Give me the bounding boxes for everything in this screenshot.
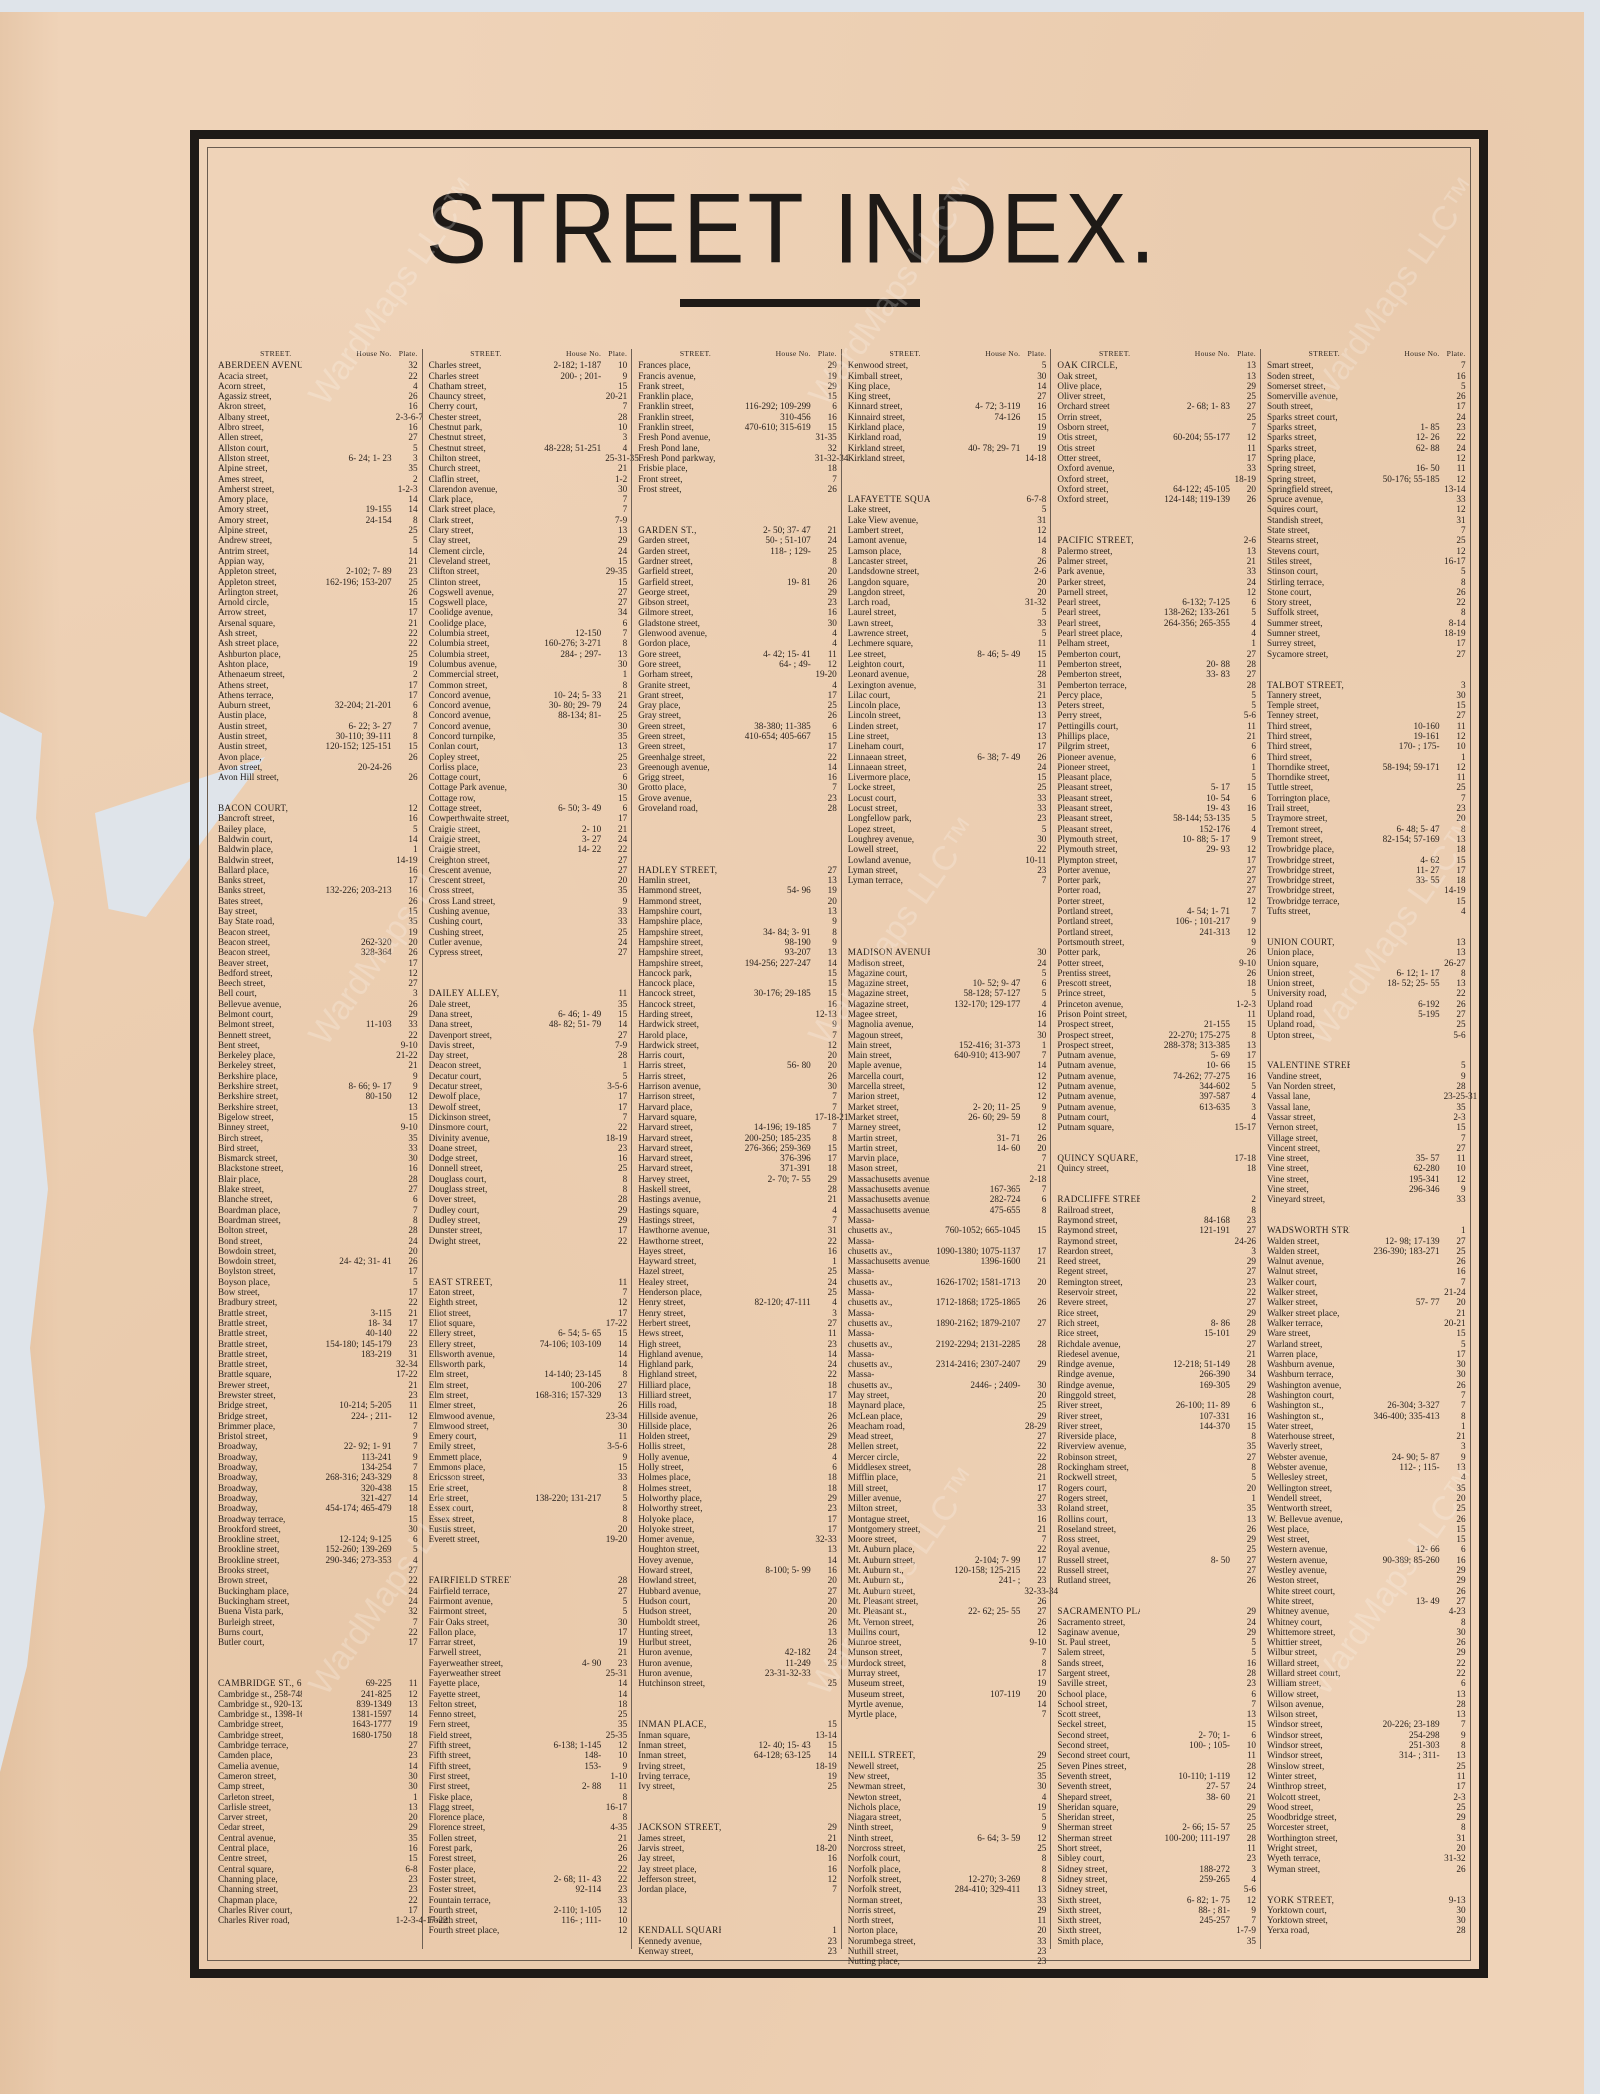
street-name: Field street,: [429, 1730, 512, 1740]
street-name: [429, 1565, 512, 1575]
house-numbers: [721, 474, 815, 484]
plate-number: 8: [605, 1483, 627, 1493]
house-numbers: 116- ; 111-: [511, 1915, 605, 1925]
house-numbers: [930, 1431, 1024, 1441]
street-name: Washington avenue,: [1267, 1380, 1350, 1390]
street-name: Houghton street,: [638, 1544, 721, 1554]
house-numbers: 56- 80: [721, 1060, 815, 1070]
plate-number: 31: [1024, 515, 1046, 525]
index-row: Rindge avenue,266-39034: [1057, 1369, 1256, 1379]
plate-number: 8: [396, 731, 418, 741]
index-row: St. Paul street,5: [1057, 1637, 1256, 1647]
index-row: Bridge street,224- ; 211-12: [218, 1411, 418, 1421]
street-name: Dudley court,: [429, 1205, 512, 1215]
street-name: Athens terrace,: [218, 690, 302, 700]
house-numbers: [302, 1853, 396, 1863]
plate-number: 4: [1234, 824, 1256, 834]
house-numbers: [930, 1483, 1024, 1493]
plate-number: 28: [1234, 1668, 1256, 1678]
index-row: Walnut street,16: [1267, 1266, 1466, 1276]
street-name: Linnaean street,: [848, 762, 931, 772]
house-numbers: 124-148; 119-139: [1140, 494, 1234, 504]
plate-number: 17: [396, 1905, 418, 1915]
index-row: Myrtle place,7: [848, 1709, 1047, 1719]
street-name: Porter avenue,: [1057, 865, 1140, 875]
plate-number: 24: [815, 1277, 837, 1287]
index-row: Oxford street,64-122; 45-10520: [1057, 484, 1256, 494]
plate-number: 13: [1024, 1884, 1046, 1894]
index-row: Magoun street,30: [848, 1030, 1047, 1040]
street-name: Farrar street,: [429, 1637, 512, 1647]
house-numbers: [511, 1647, 605, 1657]
house-numbers: [721, 834, 815, 844]
street-name: Palmer street,: [1057, 556, 1140, 566]
house-numbers: [511, 1400, 605, 1410]
plate-number: [1444, 669, 1466, 679]
index-row: Sargent street,28: [1057, 1668, 1256, 1678]
street-name: Hazel street,: [638, 1266, 721, 1276]
index-row: Divinity avenue,18-19: [429, 1133, 628, 1143]
street-name: Huron avenue,: [638, 1647, 721, 1657]
index-row: Bridge street,10-214; 5-20511: [218, 1400, 418, 1410]
plate-number: 10: [605, 422, 627, 432]
street-name: [848, 927, 931, 937]
plate-number: 8: [815, 556, 837, 566]
house-numbers: [930, 1822, 1024, 1832]
plate-number: 20: [396, 1812, 418, 1822]
house-numbers: [721, 1781, 815, 1791]
house-numbers: 1643-1777: [302, 1719, 396, 1729]
index-row: Spring street,16- 5011: [1267, 463, 1466, 473]
house-numbers: [1350, 690, 1444, 700]
plate-number: 11: [1444, 721, 1466, 731]
index-row: Dudley court,29: [429, 1205, 628, 1215]
house-numbers: [721, 762, 815, 772]
house-numbers: [511, 762, 605, 772]
index-row: Massa-: [848, 1266, 1047, 1276]
index-row: Ware street,15: [1267, 1328, 1466, 1338]
house-numbers: [930, 1030, 1024, 1040]
index-row: [638, 844, 837, 854]
index-row: Norman street,33: [848, 1895, 1047, 1905]
index-row: Dale street,35: [429, 999, 628, 1009]
street-name: Plympton street,: [1057, 855, 1140, 865]
index-row: [429, 1565, 628, 1575]
house-numbers: [302, 875, 396, 885]
street-name: Martin street,: [848, 1143, 931, 1153]
house-numbers: [1350, 669, 1444, 679]
house-numbers: [302, 1040, 396, 1050]
house-numbers: [302, 1761, 396, 1771]
street-name: Dana street,: [429, 1009, 512, 1019]
house-numbers: [511, 1627, 605, 1637]
plate-number: 20: [815, 1060, 837, 1070]
index-row: Belmont street,11-10333: [218, 1019, 418, 1029]
house-numbers: [302, 1647, 396, 1657]
plate-number: 16: [815, 412, 837, 422]
house-numbers: [302, 360, 396, 370]
street-name: Russell street,: [1057, 1555, 1140, 1565]
index-row: Brookford street,30: [218, 1524, 418, 1534]
house-numbers: 10- 66: [1140, 1060, 1234, 1070]
plate-number: [605, 978, 627, 988]
index-row: chusetts av.,760-1052; 665-104515: [848, 1225, 1047, 1235]
plate-number: [1024, 463, 1046, 473]
street-name: Brattle street,: [218, 1339, 302, 1349]
street-name: GARDEN ST.,: [638, 525, 721, 535]
index-row: Pleasant place,5: [1057, 772, 1256, 782]
plate-number: 20: [1024, 1689, 1046, 1699]
house-numbers: 1090-1380; 1075-1137: [930, 1246, 1024, 1256]
street-name: Granite street,: [638, 680, 721, 690]
street-name: Harris street,: [638, 1060, 721, 1070]
plate-number: 11: [815, 649, 837, 659]
plate-number: 27: [815, 1586, 837, 1596]
street-name: Magazine street,: [848, 988, 931, 998]
index-row: Locust court,33: [848, 793, 1047, 803]
house-numbers: 10- 52; 9- 47: [930, 978, 1024, 988]
index-row: Broadway,320-43815: [218, 1483, 418, 1493]
house-numbers: 2- 20; 11- 25: [930, 1102, 1024, 1112]
street-name: Holworthy street,: [638, 1503, 721, 1513]
street-name: Martin street,: [848, 1133, 931, 1143]
plate-number: 12: [1024, 1833, 1046, 1843]
street-name: Massa-: [848, 1215, 931, 1225]
plate-number: 29: [815, 1493, 837, 1503]
plate-number: 29: [815, 1174, 837, 1184]
index-row: Wilson avenue,28: [1267, 1699, 1466, 1709]
index-row: Stearns street,25: [1267, 535, 1466, 545]
index-row: Massa-: [848, 1287, 1047, 1297]
index-row: Amherst street,1-2-3: [218, 484, 418, 494]
plate-number: 12: [396, 1411, 418, 1421]
house-numbers: [721, 1853, 815, 1863]
house-numbers: [930, 1709, 1024, 1719]
house-numbers: [1350, 381, 1444, 391]
plate-number: 7: [396, 1441, 418, 1451]
street-name: Hamlin street,: [638, 875, 721, 885]
street-name: Third street,: [1267, 752, 1350, 762]
street-name: [1057, 1586, 1140, 1596]
plate-number: 21: [1234, 1349, 1256, 1359]
index-row: Bancroft street,16: [218, 813, 418, 823]
street-name: Pettingills court,: [1057, 721, 1140, 731]
index-row: Douglass street,8: [429, 1184, 628, 1194]
street-name: Irving terrace,: [638, 1771, 721, 1781]
street-name: Wyman street,: [1267, 1864, 1350, 1874]
index-row: Norfolk street,284-410; 329-41113: [848, 1884, 1047, 1894]
plate-number: 35: [605, 1719, 627, 1729]
plate-number: 11: [1234, 1843, 1256, 1853]
street-name: Blake street,: [218, 1184, 302, 1194]
plate-number: 35: [605, 999, 627, 1009]
house-numbers: [302, 927, 396, 937]
street-name: [848, 1740, 931, 1750]
plate-number: 27: [605, 1380, 627, 1390]
plate-number: 14: [605, 1359, 627, 1369]
street-name: Whitney avenue,: [1267, 1606, 1350, 1616]
index-row: Massa-: [848, 1349, 1047, 1359]
house-numbers: [721, 1483, 815, 1493]
index-row: Ellery street,6- 54; 5- 6515: [429, 1328, 628, 1338]
house-numbers: [930, 1915, 1024, 1925]
plate-number: 14: [605, 1678, 627, 1688]
index-row: Webster avenue,24- 90; 5- 879: [1267, 1452, 1466, 1462]
index-row: Mercer circle,22: [848, 1452, 1047, 1462]
house-numbers: [930, 1843, 1024, 1853]
street-name: Eaton street,: [429, 1287, 512, 1297]
index-row: Perry street,5-6: [1057, 710, 1256, 720]
street-name: William street,: [1267, 1678, 1350, 1688]
plate-number: 16: [396, 865, 418, 875]
plate-number: 15: [1234, 1019, 1256, 1029]
house-numbers: [1350, 1380, 1444, 1390]
index-row: Lopez street,5: [848, 824, 1047, 834]
index-row: Fourth street,2-110; 1-10512: [429, 1905, 628, 1915]
street-name: Alpine street,: [218, 463, 302, 473]
house-numbers: 1890-2162; 1879-2107: [930, 1318, 1024, 1328]
house-numbers: [1350, 1493, 1444, 1503]
plate-number: 15: [396, 741, 418, 751]
street-name: Bowdoin street,: [218, 1256, 302, 1266]
column-header-street: STREET.: [429, 349, 544, 359]
house-numbers: [930, 803, 1024, 813]
index-row: [1057, 504, 1256, 514]
plate-number: 17: [396, 1287, 418, 1297]
street-name: Ash street,: [218, 628, 302, 638]
house-numbers: [511, 1163, 605, 1173]
plate-number: 6: [396, 700, 418, 710]
street-name: [1267, 659, 1350, 669]
index-row: Lee street,8- 46; 5- 4915: [848, 649, 1047, 659]
index-row: Second street,2- 70; 1-6: [1057, 1730, 1256, 1740]
index-row: Mt. Auburn street,32-33-34: [848, 1586, 1047, 1596]
plate-number: 23: [605, 762, 627, 772]
street-name: Trowbridge terrace,: [1267, 896, 1350, 906]
index-row: Norfolk street,12-270; 3-2698: [848, 1874, 1047, 1884]
index-row: Lawrence street,5: [848, 628, 1047, 638]
index-row: Grotto place,7: [638, 782, 837, 792]
plate-number: 30: [1024, 371, 1046, 381]
plate-number: [605, 1555, 627, 1565]
index-row: Magnolia avenue,14: [848, 1019, 1047, 1029]
house-numbers: 284-410; 329-411: [930, 1884, 1024, 1894]
house-numbers: [1350, 628, 1444, 638]
house-numbers: [1350, 618, 1444, 628]
plate-number: 1-2: [605, 474, 627, 484]
house-numbers: 290-346; 273-353: [302, 1555, 396, 1565]
street-name: Columbia street,: [429, 638, 512, 648]
street-name: Trowbridge street,: [1267, 885, 1350, 895]
plate-number: 15: [605, 556, 627, 566]
house-numbers: 112- ; 115-: [1350, 1462, 1444, 1472]
plate-number: 21-24: [1444, 1287, 1466, 1297]
house-numbers: [302, 649, 396, 659]
column-header-plate: Plate.: [1020, 349, 1046, 359]
plate-number: 15: [605, 381, 627, 391]
index-row: Hilliard street,17: [638, 1390, 837, 1400]
index-row: Third street,170- ; 175-10: [1267, 741, 1466, 751]
plate-number: 17: [815, 741, 837, 751]
street-name: [429, 1544, 512, 1554]
plate-number: 27: [1024, 1606, 1046, 1616]
plate-number: 26: [815, 1637, 837, 1647]
street-name: Austin street,: [218, 721, 302, 731]
index-row: Groveland road,28: [638, 803, 837, 813]
street-name: Stevens court,: [1267, 546, 1350, 556]
street-name: Nuthill street,: [848, 1946, 931, 1956]
index-row: George street,29: [638, 587, 837, 597]
plate-number: 16: [815, 1565, 837, 1575]
house-numbers: [1140, 978, 1234, 988]
house-numbers: [302, 1225, 396, 1235]
plate-number: 14: [815, 1349, 837, 1359]
plate-number: 30: [605, 782, 627, 792]
plate-number: 32-33: [815, 1534, 837, 1544]
plate-number: 22: [815, 1369, 837, 1379]
plate-number: 8: [1024, 1864, 1046, 1874]
index-row: [1267, 669, 1466, 679]
house-numbers: [1140, 875, 1234, 885]
house-numbers: 32-204; 21-201: [302, 700, 396, 710]
house-numbers: [1350, 1102, 1444, 1112]
plate-number: 32-33-34: [1024, 1586, 1046, 1596]
plate-number: 22: [1024, 1544, 1046, 1554]
section-heading-row: TALBOT STREET,3: [1267, 680, 1466, 690]
street-name: Brattle street,: [218, 1349, 302, 1359]
plate-number: 27: [1234, 865, 1256, 875]
index-row: Russell street,8- 5027: [1057, 1555, 1256, 1565]
street-name: MADISON AVENUE,: [848, 947, 931, 957]
street-name: Charles River court,: [218, 1905, 302, 1915]
street-name: Quincy street,: [1057, 1163, 1140, 1173]
house-numbers: [302, 422, 396, 432]
plate-number: 26: [396, 1256, 418, 1266]
plate-number: [1024, 1236, 1046, 1246]
index-row: Bismarck street,30: [218, 1153, 418, 1163]
index-row: Fifth street,148-10: [429, 1750, 628, 1760]
plate-number: 3: [815, 1308, 837, 1318]
index-column-1: STREET.House No.Plate.ABERDEEN AVENUE,32…: [212, 349, 422, 1949]
plate-number: 5: [1234, 813, 1256, 823]
house-numbers: [930, 793, 1024, 803]
house-numbers: [511, 556, 605, 566]
street-name: Somerville avenue,: [1267, 391, 1350, 401]
house-numbers: [930, 721, 1024, 731]
house-numbers: [1140, 855, 1234, 865]
plate-number: 13: [815, 1627, 837, 1637]
index-row: Church street,21: [429, 463, 628, 473]
index-row: Front street,7: [638, 474, 837, 484]
street-name: Gordon place,: [638, 638, 721, 648]
street-name: Windsor street,: [1267, 1730, 1350, 1740]
index-row: [848, 937, 1047, 947]
street-name: Whittemore street,: [1267, 1627, 1350, 1637]
street-name: Union street,: [1267, 978, 1350, 988]
house-numbers: [1350, 1133, 1444, 1143]
plate-number: 5: [1024, 628, 1046, 638]
street-name: Dwight street,: [429, 1236, 512, 1246]
index-row: Franklin street,470-610; 315-61915: [638, 422, 837, 432]
house-numbers: [930, 607, 1024, 617]
house-numbers: 397-587: [1140, 1091, 1234, 1101]
street-name: Trowbridge street,: [1267, 855, 1350, 865]
house-numbers: 6- 54; 5- 65: [511, 1328, 605, 1338]
street-name: [218, 1647, 302, 1657]
house-numbers: [302, 1884, 396, 1894]
plate-number: 25-35: [605, 1730, 627, 1740]
house-numbers: [930, 1534, 1024, 1544]
plate-number: [1234, 1596, 1256, 1606]
index-row: Highland park,24: [638, 1359, 837, 1369]
plate-number: 4: [815, 638, 837, 648]
index-row: Clark place,7: [429, 494, 628, 504]
plate-number: 23: [1234, 1215, 1256, 1225]
house-numbers: [302, 844, 396, 854]
index-row: Marcella court,12: [848, 1071, 1047, 1081]
street-name: Ware street,: [1267, 1328, 1350, 1338]
street-name: Mullins court,: [848, 1627, 931, 1637]
street-name: Boardman street,: [218, 1215, 302, 1225]
index-row: Hilliard place,18: [638, 1380, 837, 1390]
index-row: Warren place,17: [1267, 1349, 1466, 1359]
index-row: Garden street,50- ; 51-10724: [638, 535, 837, 545]
street-name: Lambert street,: [848, 525, 931, 535]
house-numbers: [930, 1071, 1024, 1081]
house-numbers: [930, 1019, 1024, 1029]
index-row: Massachusetts avenue,2-18: [848, 1174, 1047, 1184]
street-name: Walden street,: [1267, 1246, 1350, 1256]
plate-number: 7: [396, 1617, 418, 1627]
house-numbers: [1140, 1802, 1234, 1812]
street-name: Fallon place,: [429, 1627, 512, 1637]
house-numbers: 100-200; 111-197: [1140, 1833, 1234, 1843]
street-name: Pearl street place,: [1057, 628, 1140, 638]
house-numbers: [1350, 1328, 1444, 1338]
plate-number: 33: [605, 916, 627, 926]
house-numbers: 50- ; 51-107: [721, 535, 815, 545]
street-name: Grigg street,: [638, 772, 721, 782]
street-name: Walnut street,: [1267, 1266, 1350, 1276]
index-row: Union place,13: [1267, 947, 1466, 957]
plate-number: 33: [1444, 1194, 1466, 1204]
street-name: Lee street,: [848, 649, 931, 659]
plate-number: [1234, 1133, 1256, 1143]
house-numbers: [511, 1441, 605, 1451]
street-name: Howland street,: [638, 1575, 721, 1585]
house-numbers: [1140, 535, 1234, 545]
house-numbers: [1140, 577, 1234, 587]
house-numbers: 4- 72; 3-119: [930, 401, 1024, 411]
house-numbers: [1350, 1709, 1444, 1719]
index-row: Walnut avenue,26: [1267, 1256, 1466, 1266]
index-row: Fairmont avenue,5: [429, 1596, 628, 1606]
house-numbers: [302, 896, 396, 906]
index-row: Hudson street,20: [638, 1606, 837, 1616]
house-numbers: [1350, 1081, 1444, 1091]
house-numbers: [930, 1544, 1024, 1554]
index-row: Bolton street,28: [218, 1225, 418, 1235]
street-name: Mill street,: [848, 1483, 931, 1493]
house-numbers: [302, 1812, 396, 1822]
index-row: Carlisle street,13: [218, 1802, 418, 1812]
plate-number: 2-3-6-7: [396, 412, 418, 422]
house-numbers: [930, 762, 1024, 772]
house-numbers: [930, 1771, 1024, 1781]
street-name: Jay street,: [638, 1853, 721, 1863]
plate-number: 30: [1444, 1369, 1466, 1379]
house-numbers: [1140, 1308, 1234, 1318]
